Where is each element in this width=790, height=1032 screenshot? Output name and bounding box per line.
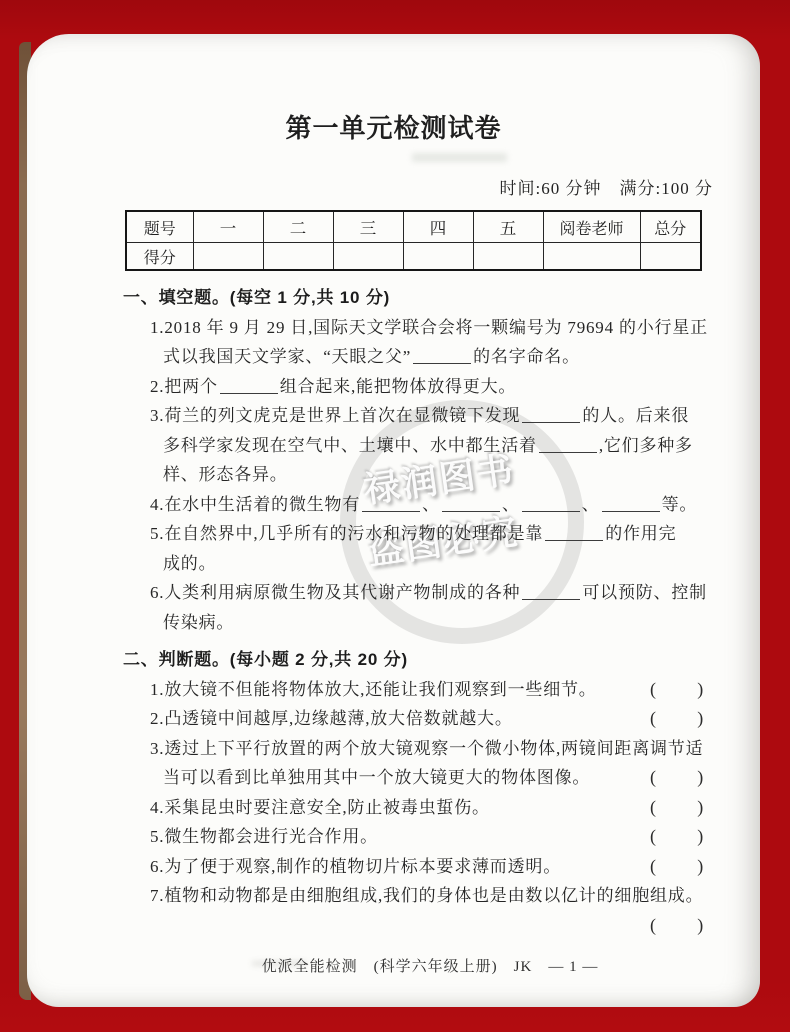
question-text: 2.把两个组合起来,能把物体放得更大。 xyxy=(150,372,516,402)
score-table-header-cell: 四 xyxy=(403,211,473,243)
question-text: 1.放大镜不但能将物体放大,还能让我们观察到一些细节。 xyxy=(150,675,597,705)
question-text: 传染病。 xyxy=(163,608,234,638)
question-text: 3.荷兰的列文虎克是世界上首次在显微镜下发现的人。后来很 xyxy=(150,401,689,431)
question-text: 样、形态各异。 xyxy=(163,460,288,490)
score-table-header-cell: 二 xyxy=(263,211,333,243)
answer-blank xyxy=(522,498,580,512)
question-line: 成的。 xyxy=(123,549,708,579)
question-line: 1.放大镜不但能将物体放大,还能让我们观察到一些细节。() xyxy=(123,675,708,705)
question-line: 2.把两个组合起来,能把物体放得更大。 xyxy=(123,372,708,402)
true-false-brackets: () xyxy=(650,704,708,734)
answer-blank xyxy=(522,409,580,423)
question-line: 6.人类利用病原微生物及其代谢产物制成的各种可以预防、控制 xyxy=(123,578,708,608)
score-table-header-cell: 总分 xyxy=(640,211,701,243)
answer-blank xyxy=(413,350,471,364)
answer-blank xyxy=(220,380,278,394)
question-line: 3.荷兰的列文虎克是世界上首次在显微镜下发现的人。后来很 xyxy=(123,401,708,431)
answer-blank xyxy=(522,586,580,600)
question-line: 传染病。 xyxy=(123,608,708,638)
score-row-label: 得分 xyxy=(126,243,193,271)
score-cell-empty xyxy=(333,243,403,271)
score-cell-empty xyxy=(193,243,263,271)
section: 二、判断题。(每小题 2 分,共 20 分)1.放大镜不但能将物体放大,还能让我… xyxy=(123,645,708,940)
true-false-brackets: () xyxy=(650,852,708,882)
question-line: () xyxy=(123,911,708,941)
questions-area: 一、填空题。(每空 1 分,共 10 分)1.2018 年 9 月 29 日,国… xyxy=(123,283,708,940)
question-text: 4.在水中生活着的微生物有、、、等。 xyxy=(150,490,697,520)
question-text: 3.透过上下平行放置的两个放大镜观察一个微小物体,两镜间距离调节适 xyxy=(150,734,703,764)
question-line: 6.为了便于观察,制作的植物切片标本要求薄而透明。() xyxy=(123,852,708,882)
section-heading: 二、判断题。(每小题 2 分,共 20 分) xyxy=(123,645,708,675)
score-cell-empty xyxy=(473,243,543,271)
question-line: 4.在水中生活着的微生物有、、、等。 xyxy=(123,490,708,520)
page-footer: 优派全能检测 (科学六年级上册) JK — 1 — xyxy=(170,955,690,976)
question-line: 4.采集昆虫时要注意安全,防止被毒虫蜇伤。() xyxy=(123,793,708,823)
question-text: 7.植物和动物都是由细胞组成,我们的身体也是由数以亿计的细胞组成。 xyxy=(150,881,703,911)
answer-blank xyxy=(362,498,420,512)
score-table-header-cell: 阅卷老师 xyxy=(543,211,640,243)
question-line: 7.植物和动物都是由细胞组成,我们的身体也是由数以亿计的细胞组成。 xyxy=(123,881,708,911)
question-text: 成的。 xyxy=(163,549,216,579)
question-text: 当可以看到比单独用其中一个放大镜更大的物体图像。 xyxy=(163,763,590,793)
score-table-header-cell: 题号 xyxy=(126,211,193,243)
answer-blank xyxy=(545,527,603,541)
score-table-header-cell: 五 xyxy=(473,211,543,243)
exam-paper-scan: 禄润图书 盗图必究 第一单元检测试卷 时间:60 分钟 满分:100 分 题号一… xyxy=(0,0,790,1032)
question-text: 5.在自然界中,几乎所有的污水和污物的处理都是靠的作用完 xyxy=(150,519,676,549)
question-line: 式以我国天文学家、“天眼之父”的名字命名。 xyxy=(123,342,708,372)
question-text: 2.凸透镜中间越厚,边缘越薄,放大倍数就越大。 xyxy=(150,704,513,734)
page-content: 第一单元检测试卷 时间:60 分钟 满分:100 分 题号一二三四五阅卷老师总分… xyxy=(27,34,760,1007)
question-line: 5.微生物都会进行光合作用。() xyxy=(123,822,708,852)
section: 一、填空题。(每空 1 分,共 10 分)1.2018 年 9 月 29 日,国… xyxy=(123,283,708,637)
question-text: 多科学家发现在空气中、土壤中、水中都生活着,它们多种多 xyxy=(163,431,693,461)
true-false-brackets: () xyxy=(650,793,708,823)
score-table-header-row: 题号一二三四五阅卷老师总分 xyxy=(126,211,701,243)
score-cell-empty xyxy=(263,243,333,271)
answer-blank xyxy=(602,498,660,512)
true-false-brackets: () xyxy=(650,822,708,852)
answer-blank xyxy=(539,439,597,453)
question-text: 1.2018 年 9 月 29 日,国际天文学联合会将一颗编号为 79694 的… xyxy=(150,313,708,343)
score-table-header-cell: 三 xyxy=(333,211,403,243)
question-text: 4.采集昆虫时要注意安全,防止被毒虫蜇伤。 xyxy=(150,793,490,823)
score-cell-empty xyxy=(640,243,701,271)
question-line: 1.2018 年 9 月 29 日,国际天文学联合会将一颗编号为 79694 的… xyxy=(123,313,708,343)
question-text: 6.人类利用病原微生物及其代谢产物制成的各种可以预防、控制 xyxy=(150,578,707,608)
question-line: 5.在自然界中,几乎所有的污水和污物的处理都是靠的作用完 xyxy=(123,519,708,549)
question-text: 5.微生物都会进行光合作用。 xyxy=(150,822,378,852)
score-cell-empty xyxy=(543,243,640,271)
true-false-brackets: () xyxy=(650,763,708,793)
score-table-header-cell: 一 xyxy=(193,211,263,243)
question-text: 6.为了便于观察,制作的植物切片标本要求薄而透明。 xyxy=(150,852,561,882)
page-title: 第一单元检测试卷 xyxy=(27,108,760,145)
question-line: 样、形态各异。 xyxy=(123,460,708,490)
true-false-brackets: () xyxy=(650,675,708,705)
question-text: 式以我国天文学家、“天眼之父”的名字命名。 xyxy=(163,342,580,372)
question-line: 多科学家发现在空气中、土壤中、水中都生活着,它们多种多 xyxy=(123,431,708,461)
score-table-score-row: 得分 xyxy=(126,243,701,271)
score-table: 题号一二三四五阅卷老师总分 得分 xyxy=(125,210,702,271)
true-false-brackets: () xyxy=(650,911,708,941)
question-line: 当可以看到比单独用其中一个放大镜更大的物体图像。() xyxy=(123,763,708,793)
time-score-line: 时间:60 分钟 满分:100 分 xyxy=(500,174,713,199)
score-cell-empty xyxy=(403,243,473,271)
question-line: 3.透过上下平行放置的两个放大镜观察一个微小物体,两镜间距离调节适 xyxy=(123,734,708,764)
question-line: 2.凸透镜中间越厚,边缘越薄,放大倍数就越大。() xyxy=(123,704,708,734)
paper-page: 禄润图书 盗图必究 第一单元检测试卷 时间:60 分钟 满分:100 分 题号一… xyxy=(27,34,760,1007)
section-heading: 一、填空题。(每空 1 分,共 10 分) xyxy=(123,283,708,313)
answer-blank xyxy=(442,498,500,512)
